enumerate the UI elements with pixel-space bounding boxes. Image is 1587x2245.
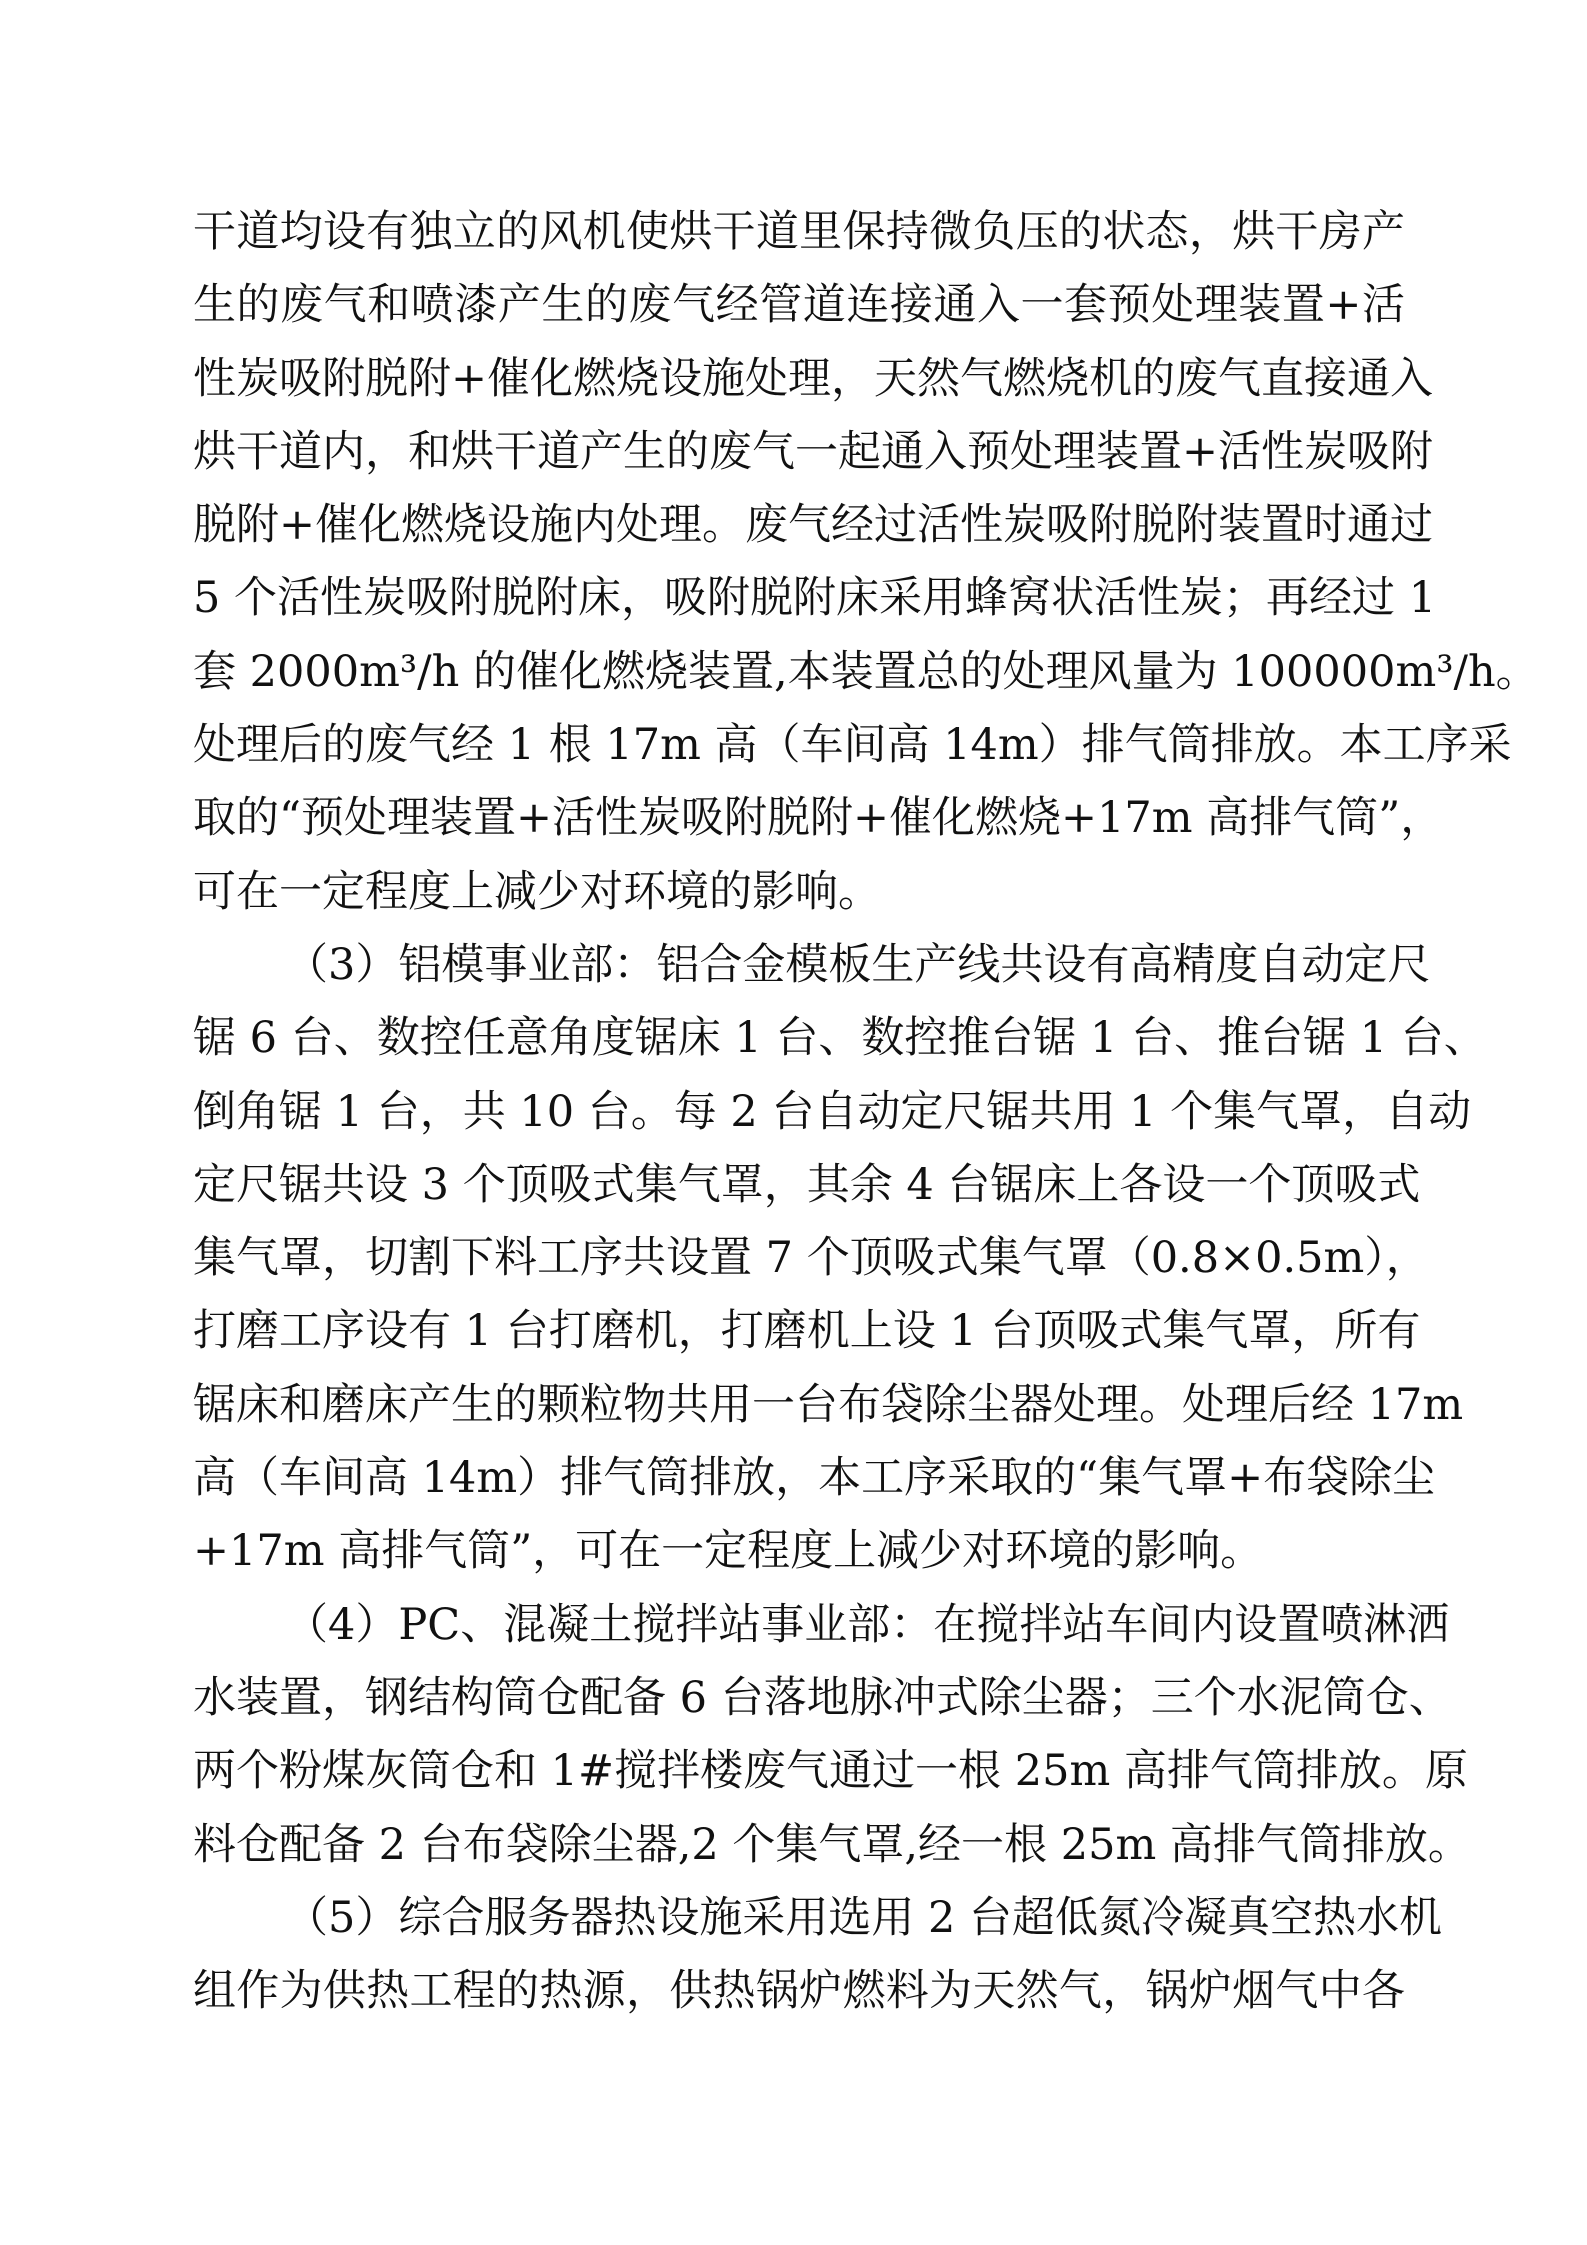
paragraph-continued: 干道均设有独立的风机使烘干道里保持微负压的状态，烘干房产 生的废气和喷漆产生的废… xyxy=(193,196,1405,929)
text-line: 水装置，钢结构筒仓配备 6 台落地脉冲式除尘器；三个水泥筒仓、 xyxy=(193,1662,1405,1735)
text-line: 组作为供热工程的热源，供热锅炉燃料为天然气，锅炉烟气中各 xyxy=(193,1955,1405,2028)
text-line: 定尺锯共设 3 个顶吸式集气罩，其余 4 台锯床上各设一个顶吸式 xyxy=(193,1149,1405,1222)
paragraph-concrete-mixing-station: （4）PC、混凝土搅拌站事业部：在搅拌站车间内设置喷淋洒 水装置，钢结构筒仓配备… xyxy=(193,1589,1405,1882)
text-line: 高（车间高 14m）排气筒排放，本工序采取的“集气罩+布袋除尘 xyxy=(193,1442,1405,1515)
text-line: 打磨工序设有 1 台打磨机，打磨机上设 1 台顶吸式集气罩，所有 xyxy=(193,1295,1405,1368)
text-line: 料仓配备 2 台布袋除尘器,2 个集气罩,经一根 25m 高排气筒排放。 xyxy=(193,1809,1405,1882)
text-line: 锯床和磨床产生的颗粒物共用一台布袋除尘器处理。处理后经 17m xyxy=(193,1369,1405,1442)
text-line: 集气罩，切割下料工序共设置 7 个顶吸式集气罩（0.8×0.5m）， xyxy=(193,1222,1405,1295)
text-line: +17m 高排气筒”，可在一定程度上减少对环境的影响。 xyxy=(193,1515,1405,1588)
text-line: 锯 6 台、数控任意角度锯床 1 台、数控推台锯 1 台、推台锯 1 台、 xyxy=(193,1002,1405,1075)
text-line: 5 个活性炭吸附脱附床，吸附脱附床采用蜂窝状活性炭；再经过 1 xyxy=(193,562,1405,635)
text-line: 取的“预处理装置+活性炭吸附脱附+催化燃烧+17m 高排气筒”， xyxy=(193,782,1405,855)
text-line: 烘干道内，和烘干道产生的废气一起通入预处理装置+活性炭吸附 xyxy=(193,416,1405,489)
text-line: 生的废气和喷漆产生的废气经管道连接通入一套预处理装置+活 xyxy=(193,269,1405,342)
paragraph-aluminum-formwork: （3）铝模事业部：铝合金模板生产线共设有高精度自动定尺 锯 6 台、数控任意角度… xyxy=(193,929,1405,1589)
text-line: 可在一定程度上减少对环境的影响。 xyxy=(193,856,1405,929)
text-line: 性炭吸附脱附+催化燃烧设施处理，天然气燃烧机的废气直接通入 xyxy=(193,343,1405,416)
paragraph-first-line: （4）PC、混凝土搅拌站事业部：在搅拌站车间内设置喷淋洒 xyxy=(193,1589,1405,1662)
text-line: 干道均设有独立的风机使烘干道里保持微负压的状态，烘干房产 xyxy=(193,196,1405,269)
text-line: 两个粉煤灰筒仓和 1#搅拌楼废气通过一根 25m 高排气筒排放。原 xyxy=(193,1735,1405,1808)
paragraph-heating-facility: （5）综合服务器热设施采用选用 2 台超低氮冷凝真空热水机 组作为供热工程的热源… xyxy=(193,1882,1405,2029)
text-line: 套 2000m³/h 的催化燃烧装置,本装置总的处理风量为 100000m³/h… xyxy=(193,636,1405,709)
text-line: 脱附+催化燃烧设施内处理。废气经过活性炭吸附脱附装置时通过 xyxy=(193,489,1405,562)
document-page: 干道均设有独立的风机使烘干道里保持微负压的状态，烘干房产 生的废气和喷漆产生的废… xyxy=(193,196,1405,2028)
paragraph-first-line: （5）综合服务器热设施采用选用 2 台超低氮冷凝真空热水机 xyxy=(193,1882,1405,1955)
text-line: 倒角锯 1 台，共 10 台。每 2 台自动定尺锯共用 1 个集气罩，自动 xyxy=(193,1076,1405,1149)
paragraph-first-line: （3）铝模事业部：铝合金模板生产线共设有高精度自动定尺 xyxy=(193,929,1405,1002)
text-line: 处理后的废气经 1 根 17m 高（车间高 14m）排气筒排放。本工序采 xyxy=(193,709,1405,782)
